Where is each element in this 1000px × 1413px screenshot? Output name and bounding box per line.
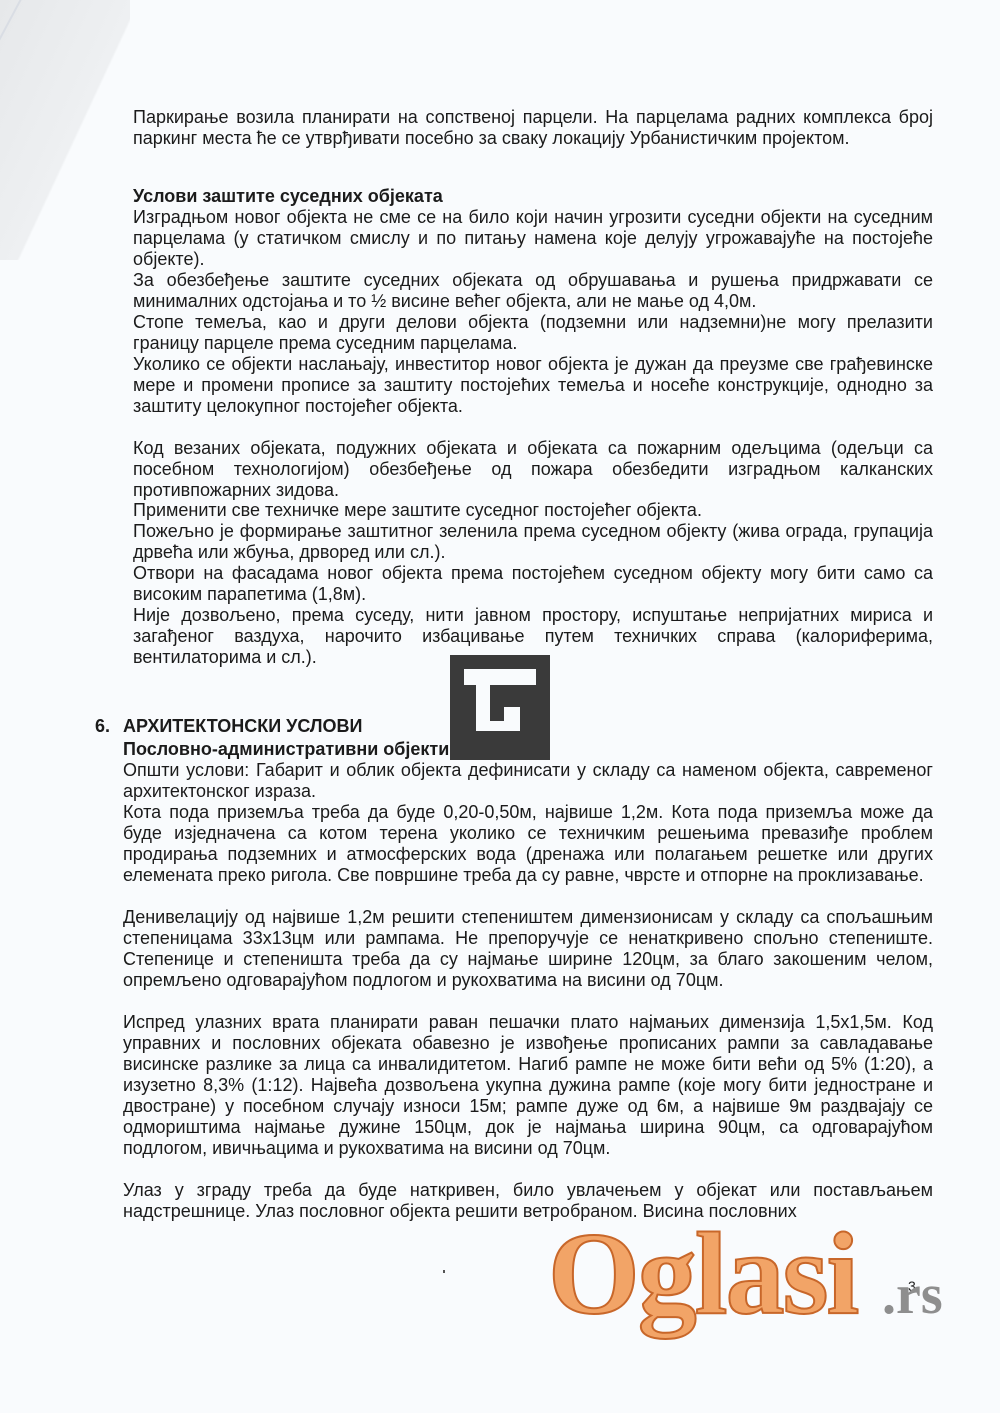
- neighbor-paragraph-4: Уколико се објекти наслањају, инвеститор…: [133, 354, 933, 417]
- neighbor-paragraph-7: Пожељно је формирање заштитног зеленила …: [133, 521, 933, 563]
- oglasi-watermark: Oglasi: [548, 1215, 857, 1333]
- section6-paragraph-1: Општи услови: Габарит и облик објекта де…: [123, 760, 933, 802]
- neighbor-paragraph-2: За обезбеђење заштите суседних објеката …: [133, 270, 933, 312]
- section6-paragraph-4: Испред улазних врата планирати раван пеш…: [123, 1012, 933, 1159]
- section-title: АРХИТЕКТОНСКИ УСЛОВИ: [123, 716, 362, 737]
- oglasi-watermark-tld: .rs: [882, 1267, 943, 1323]
- section6-paragraph-3: Денивелацију од највише 1,2м решити степ…: [123, 907, 933, 991]
- neighbor-protection-heading: Услови заштите суседних објеката: [133, 186, 443, 207]
- neighbor-paragraph-6: Применити све техничке мере заштите сусе…: [133, 500, 933, 521]
- section-subtitle: Пословно-административни објекти: [123, 739, 449, 760]
- neighbor-paragraph-3: Стопе темеља, као и други делови објекта…: [133, 312, 933, 354]
- neighbor-paragraph-8: Отвори на фасадама новог објекта према п…: [133, 563, 933, 605]
- section-number: 6.: [95, 716, 110, 737]
- neighbor-paragraph-5: Код везаних објеката, подужних објеката …: [133, 438, 933, 501]
- g-square-spiral-logo-icon: [450, 655, 550, 760]
- section6-paragraph-2: Кота пода приземља треба да буде 0,20-0,…: [123, 802, 933, 886]
- neighbor-paragraph-1: Изградњом новог објекта не сме се на бил…: [133, 207, 933, 270]
- scan-speck: [443, 1270, 445, 1273]
- paragraph-parking: Паркирање возила планирати на сопственој…: [133, 107, 933, 149]
